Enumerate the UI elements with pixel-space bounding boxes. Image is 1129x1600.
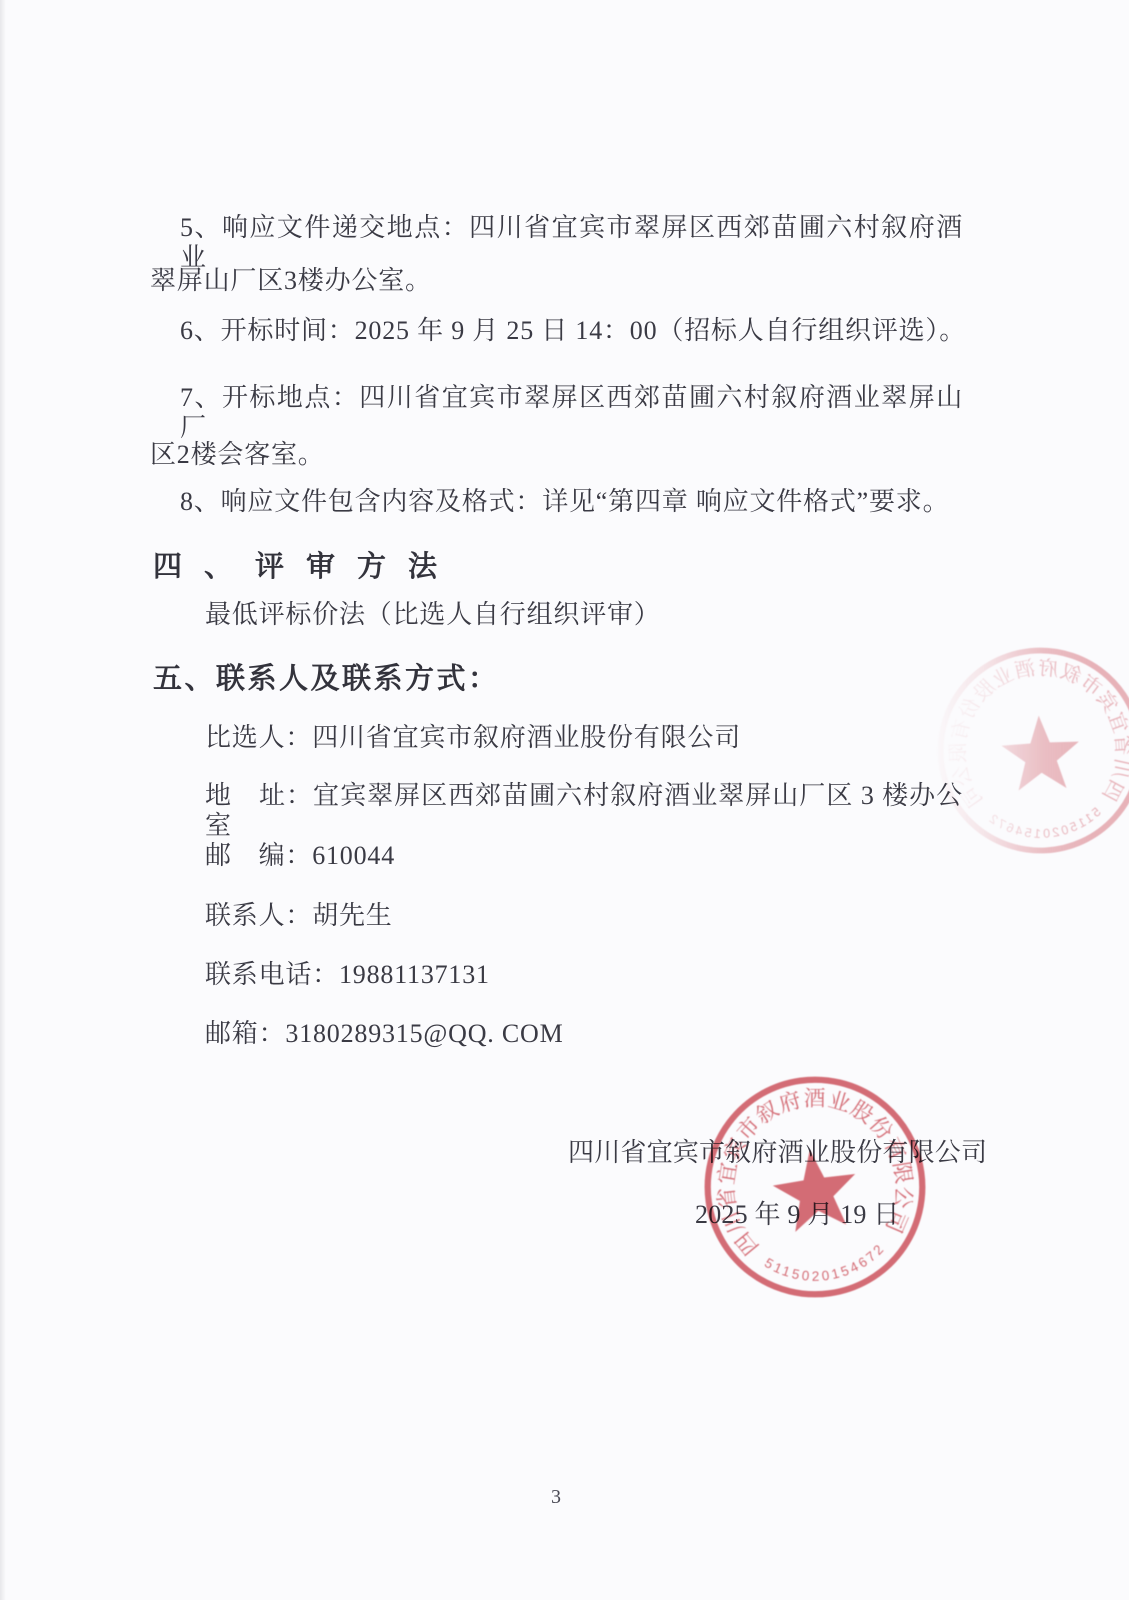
company-seal-stamp: 四川省宜宾市叙府酒业股份有限公司 5115020154672	[690, 1062, 940, 1312]
item6-line: 6、开标时间：2025 年 9 月 25 日 14：00（招标人自行组织评选）。	[180, 316, 966, 346]
bleed-seal-graphic: 四川省宜宾市叙府酒业股份有限公司 5115020154672	[918, 628, 1129, 873]
seal-number-arc-text: 5115020154672	[760, 1239, 891, 1292]
contact-person: 联系人：胡先生	[205, 901, 393, 931]
item5-line1: 5、响应文件递交地点：四川省宜宾市翠屏区西郊苗圃六村叙府酒业	[180, 213, 963, 273]
bleed-seal-star-icon	[1000, 714, 1081, 792]
item7-line1: 7、开标地点：四川省宜宾市翠屏区西郊苗圃六村叙府酒业翠屏山厂	[180, 383, 963, 443]
item7-line2: 区2楼会客室。	[150, 440, 325, 470]
document-page: 5、响应文件递交地点：四川省宜宾市翠屏区西郊苗圃六村叙府酒业 翠屏山厂区3楼办公…	[0, 0, 1129, 1600]
contact-address: 地 址：宜宾翠屏区西郊苗圃六村叙府酒业翠屏山厂区 3 楼办公室	[205, 781, 963, 841]
section4-body: 最低评标价法（比选人自行组织评审）	[205, 600, 661, 630]
contact-bidder: 比选人：四川省宜宾市叙府酒业股份有限公司	[205, 723, 741, 753]
seal-star-icon	[769, 1144, 862, 1234]
bleed-through-stamp: 四川省宜宾市叙府酒业股份有限公司 5115020154672	[924, 634, 1129, 867]
contact-email: 邮箱：3180289315@QQ. COM	[205, 1019, 564, 1049]
contact-zip: 邮 编：610044	[205, 841, 395, 871]
contact-phone: 联系电话：19881137131	[205, 960, 490, 990]
section4-heading: 四、评审方法	[153, 551, 459, 584]
section5-heading: 五、联系人及联系方式：	[153, 663, 500, 696]
item5-line2: 翠屏山厂区3楼办公室。	[150, 266, 432, 296]
item8-line: 8、响应文件包含内容及格式：详见“第四章 响应文件格式”要求。	[180, 487, 949, 517]
page-number: 3	[526, 1486, 586, 1509]
svg-text:5115020154672: 5115020154672	[760, 1239, 891, 1292]
